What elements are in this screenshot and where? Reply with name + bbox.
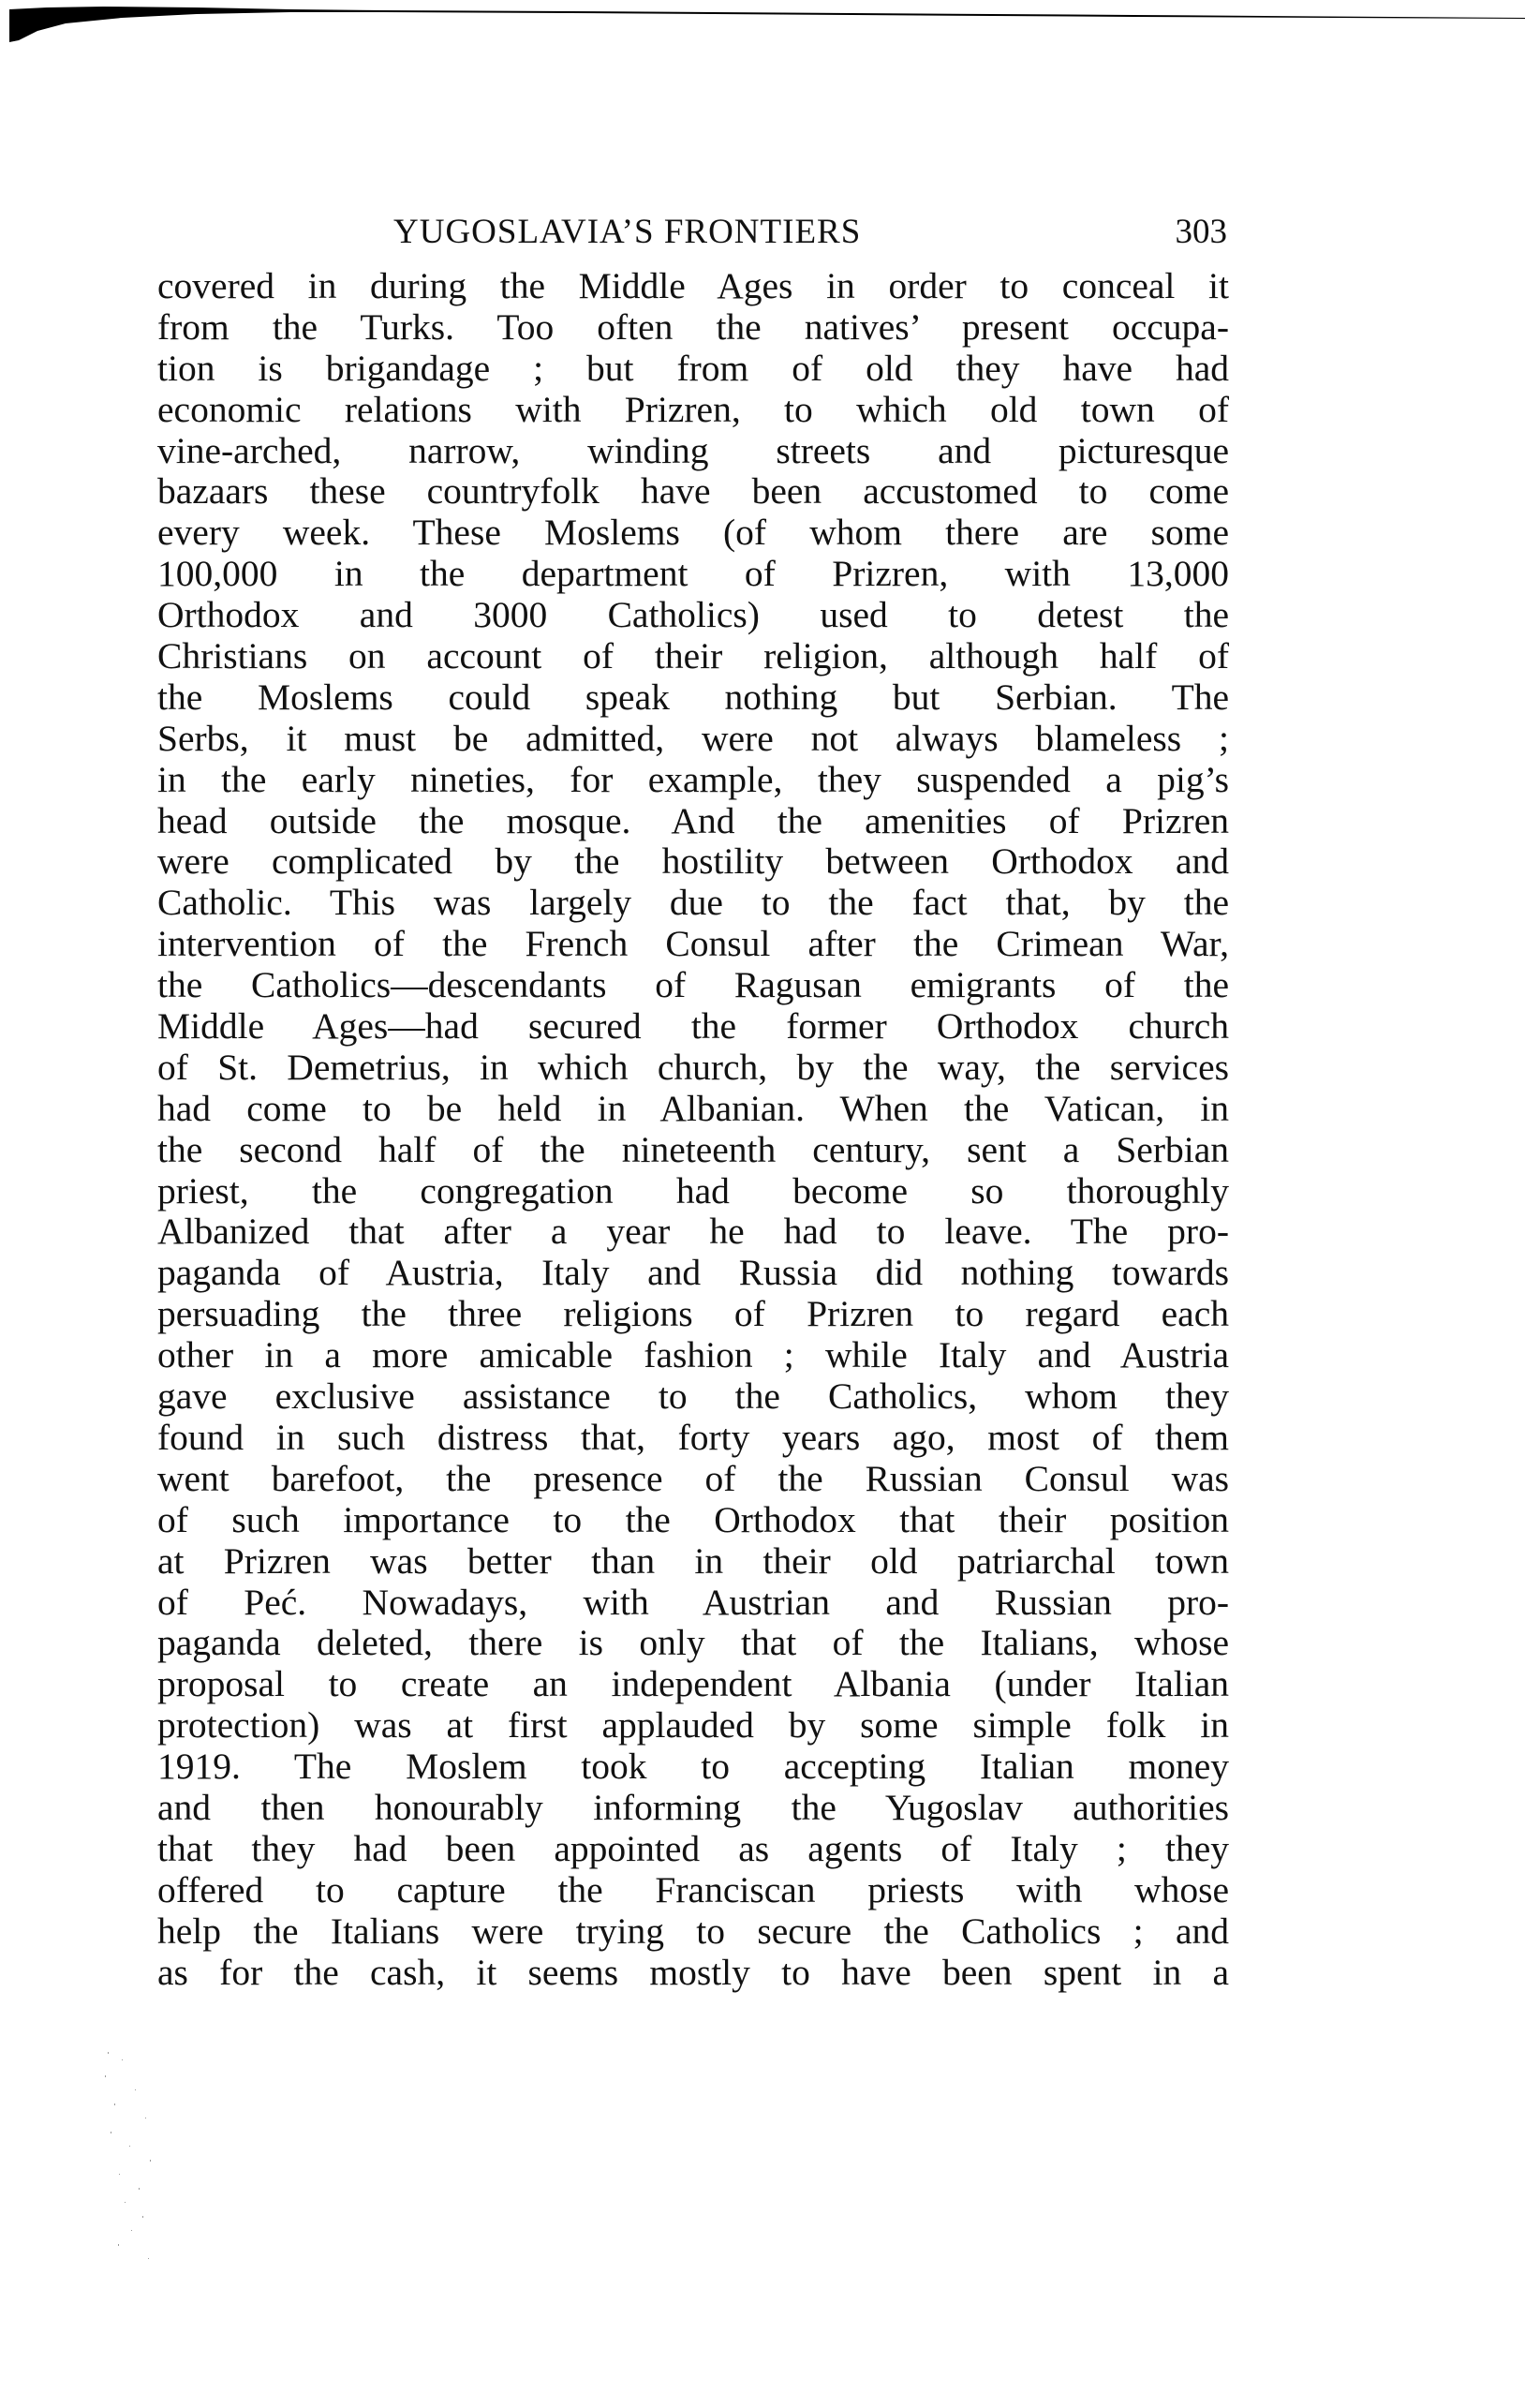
text-line: Middle Ages—had secured the former Ortho… (157, 1006, 1229, 1048)
text-line: proposal to create an independent Albani… (157, 1664, 1229, 1705)
text-line: priest, the congregation had become so t… (157, 1171, 1229, 1212)
text-line: tion is brigandage ; but from of old the… (157, 349, 1229, 390)
text-line: 1919. The Moslem took to accepting Itali… (157, 1747, 1229, 1788)
text-line: from the Turks. Too often the natives’ p… (157, 307, 1229, 349)
scan-noise-specks (94, 2033, 244, 2277)
text-line: of St. Demetrius, in which church, by th… (157, 1048, 1229, 1089)
text-line: the Moslems could speak nothing but Serb… (157, 677, 1229, 719)
text-line: vine-arched, narrow, winding streets and… (157, 431, 1229, 472)
text-line: Orthodox and 3000 Catholics) used to det… (157, 595, 1229, 636)
text-line: help the Italians were trying to secure … (157, 1911, 1229, 1953)
text-line: Christians on account of their religion,… (157, 636, 1229, 677)
text-line: at Prizren was better than in their old … (157, 1541, 1229, 1583)
text-line: Serbs, it must be admitted, were not alw… (157, 719, 1229, 760)
text-line: Albanized that after a year he had to le… (157, 1211, 1229, 1253)
text-line: paganda deleted, there is only that of t… (157, 1623, 1229, 1664)
running-title: YUGOSLAVIA’S FRONTIERS (393, 204, 861, 260)
text-line: had come to be held in Albanian. When th… (157, 1089, 1229, 1130)
scan-edge-shadow (9, 5, 1525, 42)
text-line: every week. These Moslems (of whom there… (157, 513, 1229, 554)
page-number: 303 (1176, 204, 1228, 260)
text-line: were complicated by the hostility betwee… (157, 841, 1229, 883)
text-line: went barefoot, the presence of the Russi… (157, 1459, 1229, 1500)
text-line: and then honourably informing the Yugosl… (157, 1788, 1229, 1829)
text-line: other in a more amicable fashion ; while… (157, 1335, 1229, 1376)
text-line: of such importance to the Orthodox that … (157, 1500, 1229, 1541)
text-line: the second half of the nineteenth centur… (157, 1130, 1229, 1171)
text-line: economic relations with Prizren, to whic… (157, 390, 1229, 431)
text-line: in the early nineties, for example, they… (157, 760, 1229, 801)
text-line: covered in during the Middle Ages in ord… (157, 266, 1229, 307)
text-line: gave exclusive assistance to the Catholi… (157, 1376, 1229, 1418)
running-head: YUGOSLAVIA’S FRONTIERS 303 (157, 204, 1229, 260)
book-page: YUGOSLAVIA’S FRONTIERS 303 covered in du… (157, 204, 1229, 1993)
text-line: paganda of Austria, Italy and Russia did… (157, 1253, 1229, 1294)
text-line: persuading the three religions of Prizre… (157, 1294, 1229, 1335)
text-line: Catholic. This was largely due to the fa… (157, 883, 1229, 924)
text-line: offered to capture the Franciscan priest… (157, 1870, 1229, 1911)
text-line: found in such distress that, forty years… (157, 1418, 1229, 1459)
text-line: bazaars these countryfolk have been accu… (157, 471, 1229, 513)
text-line: intervention of the French Consul after … (157, 924, 1229, 965)
body-paragraph: covered in during the Middle Ages in ord… (157, 266, 1229, 1993)
text-line: that they had been appointed as agents o… (157, 1829, 1229, 1870)
text-line: 100,000 in the department of Prizren, wi… (157, 554, 1229, 595)
text-line: head outside the mosque. And the ameniti… (157, 801, 1229, 842)
text-line: protection) was at first applauded by so… (157, 1705, 1229, 1747)
text-line: of Peć. Nowadays, with Austrian and Russ… (157, 1583, 1229, 1624)
text-line: as for the cash, it seems mostly to have… (157, 1953, 1229, 1994)
text-line: the Catholics—descendants of Ragusan emi… (157, 965, 1229, 1006)
